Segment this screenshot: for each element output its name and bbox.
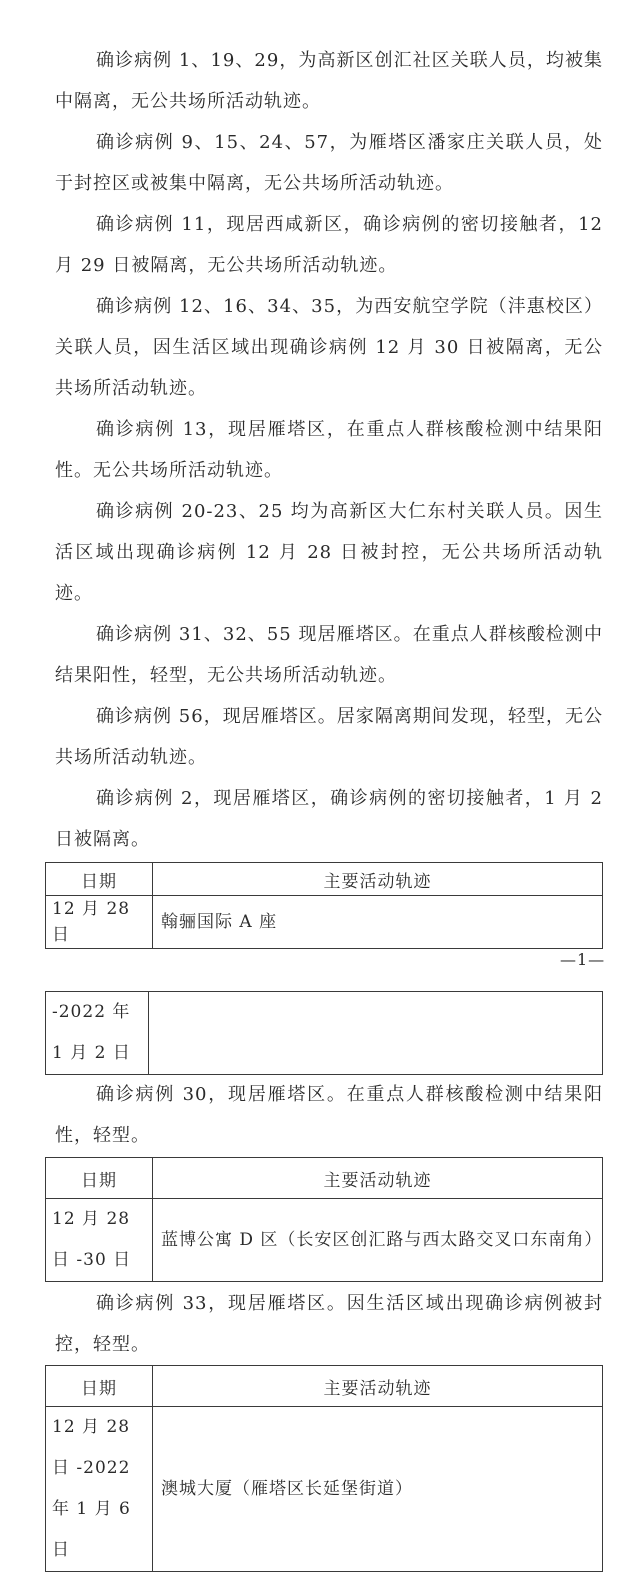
table-header-row: 日期 主要活动轨迹 (46, 1158, 603, 1199)
paragraph-case-20-23-25: 确诊病例 20-23、25 均为高新区大仁东村关联人员。因生活区域出现确诊病例 … (55, 491, 603, 614)
case-2-trace-table-continued: -2022 年 1 月 2 日 (45, 991, 603, 1075)
paragraph-case-31-32-55: 确诊病例 31、32、55 现居雁塔区。在重点人群核酸检测中结果阳性，轻型，无公… (55, 614, 603, 696)
table-header-row: 日期 主要活动轨迹 (46, 863, 603, 896)
header-date: 日期 (46, 1366, 153, 1407)
cell-place: 蓝博公寓 D 区（长安区创汇路与西太路交叉口东南角） (153, 1199, 603, 1282)
paragraph-case-56: 确诊病例 56，现居雁塔区。居家隔离期间发现，轻型，无公共场所活动轨迹。 (55, 696, 603, 778)
case-30-section: 确诊病例 30，现居雁塔区。在重点人群核酸检测中结果阳性，轻型。 (55, 1074, 603, 1156)
case-2-trace-table: 日期 主要活动轨迹 12 月 28 日 翰骊国际 A 座 (45, 862, 603, 949)
cell-date: 12 月 28 日 -2022 年 1 月 6 日 (46, 1407, 153, 1572)
cell-date: 12 月 28 日 -30 日 (46, 1199, 153, 1282)
case-33-section: 确诊病例 33，现居雁塔区。因生活区域出现确诊病例被封控，轻型。 (55, 1283, 603, 1365)
paragraph-case-33: 确诊病例 33，现居雁塔区。因生活区域出现确诊病例被封控，轻型。 (55, 1283, 603, 1365)
header-date: 日期 (46, 863, 153, 896)
case-33-trace-table: 日期 主要活动轨迹 12 月 28 日 -2022 年 1 月 6 日 澳城大厦… (45, 1365, 603, 1572)
paragraph-case-2: 确诊病例 2，现居雁塔区，确诊病例的密切接触者，1 月 2 日被隔离。 (55, 778, 603, 860)
case-30-trace-table: 日期 主要活动轨迹 12 月 28 日 -30 日 蓝博公寓 D 区（长安区创汇… (45, 1157, 603, 1282)
paragraph-case-1-19-29: 确诊病例 1、19、29，为高新区创汇社区关联人员，均被集中隔离，无公共场所活动… (55, 40, 603, 122)
document-body: 确诊病例 1、19、29，为高新区创汇社区关联人员，均被集中隔离，无公共场所活动… (55, 40, 603, 860)
header-trace: 主要活动轨迹 (153, 863, 603, 896)
page-number: —1— (560, 950, 605, 969)
cell-date: 12 月 28 日 (46, 896, 153, 949)
table-row: 12 月 28 日 -30 日 蓝博公寓 D 区（长安区创汇路与西太路交叉口东南… (46, 1199, 603, 1282)
header-trace: 主要活动轨迹 (153, 1158, 603, 1199)
table-row: 12 月 28 日 翰骊国际 A 座 (46, 896, 603, 949)
table-header-row: 日期 主要活动轨迹 (46, 1366, 603, 1407)
table-row: 12 月 28 日 -2022 年 1 月 6 日 澳城大厦（雁塔区长延堡街道） (46, 1407, 603, 1572)
paragraph-case-30: 确诊病例 30，现居雁塔区。在重点人群核酸检测中结果阳性，轻型。 (55, 1074, 603, 1156)
table-row: -2022 年 1 月 2 日 (46, 992, 603, 1075)
header-trace: 主要活动轨迹 (153, 1366, 603, 1407)
cell-place: 翰骊国际 A 座 (153, 896, 603, 949)
paragraph-case-13: 确诊病例 13，现居雁塔区，在重点人群核酸检测中结果阳性。无公共场所活动轨迹。 (55, 409, 603, 491)
paragraph-case-12-16-34-35: 确诊病例 12、16、34、35，为西安航空学院（沣惠校区）关联人员，因生活区域… (55, 286, 603, 409)
cell-place (149, 992, 603, 1075)
paragraph-case-9-15-24-57: 确诊病例 9、15、24、57，为雁塔区潘家庄关联人员，处于封控区或被集中隔离，… (55, 122, 603, 204)
header-date: 日期 (46, 1158, 153, 1199)
cell-place: 澳城大厦（雁塔区长延堡街道） (153, 1407, 603, 1572)
cell-date: -2022 年 1 月 2 日 (46, 992, 149, 1075)
paragraph-case-11: 确诊病例 11，现居西咸新区，确诊病例的密切接触者，12 月 29 日被隔离，无… (55, 204, 603, 286)
